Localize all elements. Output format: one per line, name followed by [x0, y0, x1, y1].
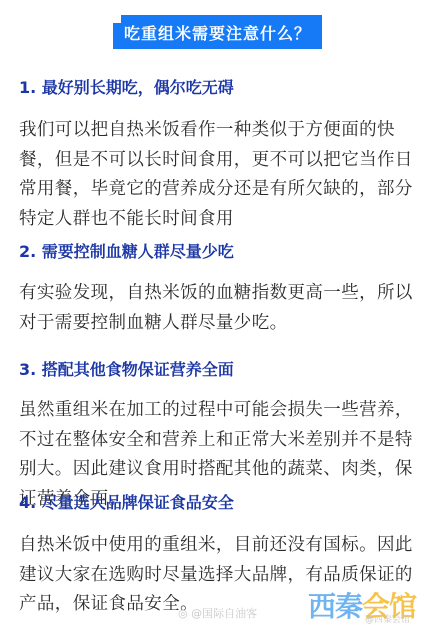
section-heading-4: 4. 尽量选大品牌保证食品安全 — [19, 490, 234, 513]
title-corner-notch — [113, 15, 123, 25]
section-body-2: 有实验发现，自热米饭的血糖指数更高一些，所以对于需要控制血糖人群尽量少吃。 — [19, 279, 421, 338]
weibo-icon: ◎ — [178, 607, 191, 620]
site-sub-watermark: @西秦会馆 — [365, 612, 410, 625]
section-body-1: 我们可以把自热米饭看作一种类似于方便面的快餐，但是不可以长时间食用，更不可以把它… — [19, 116, 421, 234]
article-title-banner: 吃重组米需要注意什么？ — [113, 15, 322, 49]
weibo-watermark: ◎ @国际自油客 — [178, 605, 257, 621]
section-heading-1: 1. 最好别长期吃，偶尔吃无碍 — [19, 75, 234, 98]
section-heading-3: 3. 搭配其他食物保证营养全面 — [19, 357, 234, 380]
section-heading-2: 2. 需要控制血糖人群尽量少吃 — [19, 239, 234, 262]
article-title: 吃重组米需要注意什么？ — [124, 21, 311, 44]
